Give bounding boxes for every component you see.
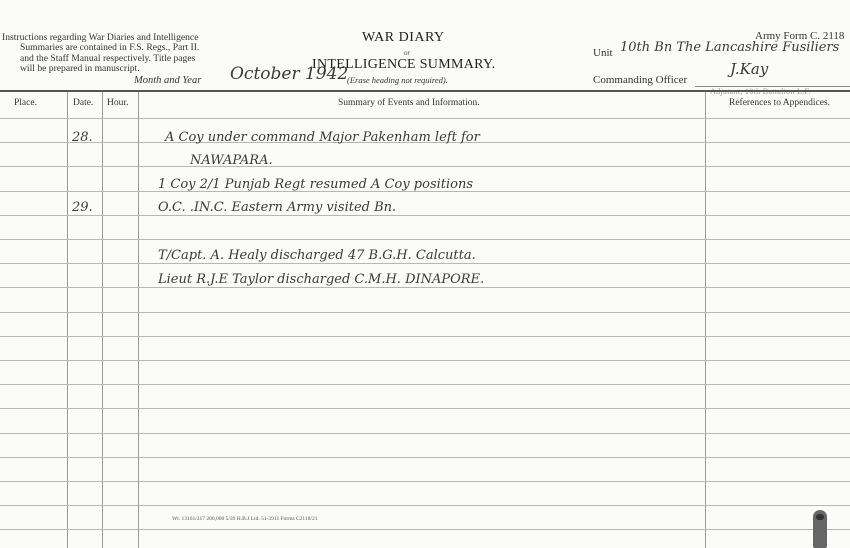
- entry-summary: NAWAPARA.: [190, 153, 273, 168]
- row-rule: [0, 408, 850, 409]
- row-rule: [0, 166, 850, 167]
- row-rule: [0, 529, 850, 530]
- row-rule: [0, 505, 850, 506]
- column-header-references: References to Appendices.: [729, 98, 830, 108]
- entry-date: 29.: [72, 200, 93, 215]
- row-rule: [0, 312, 850, 313]
- row-rule: [0, 433, 850, 434]
- row-rule: [0, 360, 850, 361]
- entry-summary: 1 Coy 2/1 Punjab Regt resumed A Coy posi…: [158, 177, 473, 192]
- row-rule: [0, 336, 850, 337]
- row-rule: [0, 239, 850, 240]
- erase-note: (Erase heading not required).: [347, 75, 448, 85]
- printer-imprint: Wt. 13161/317 200,000 5/39 H.B.J Ltd. 51…: [172, 516, 318, 522]
- entry-summary: T/Capt. A. Healy discharged 47 B.G.H. Ca…: [158, 248, 476, 263]
- month-year-label: Month and Year: [134, 75, 201, 86]
- row-rule: [0, 215, 850, 216]
- entry-summary: Lieut R.J.E Taylor discharged C.M.H. DIN…: [158, 272, 484, 287]
- row-rule: [0, 481, 850, 482]
- commanding-officer-label: Commanding Officer: [593, 74, 687, 86]
- entry-date: 28.: [72, 130, 93, 145]
- header-rule: [0, 90, 850, 92]
- unit-value: 10th Bn The Lancashire Fusiliers: [620, 40, 839, 55]
- column-header-place: Place.: [14, 98, 37, 108]
- month-year-value: October 1942: [230, 64, 348, 84]
- column-header-hour: Hour.: [107, 98, 128, 108]
- column-divider: [138, 92, 139, 548]
- binder-clip: [813, 510, 827, 548]
- column-divider: [705, 92, 706, 548]
- entry-summary: A Coy under command Major Pakenham left …: [165, 130, 480, 145]
- unit-label: Unit: [593, 47, 613, 59]
- commanding-officer-signature: J.Kay: [730, 60, 768, 78]
- instructions-block: Instructions regarding War Diaries and I…: [2, 33, 214, 75]
- column-header-date: Date.: [73, 98, 93, 108]
- column-header-summary: Summary of Events and Information.: [338, 98, 480, 108]
- row-rule: [0, 263, 850, 264]
- instructions-line: will be prepared in manuscript.: [2, 64, 214, 74]
- row-rule: [0, 457, 850, 458]
- title-war-diary: WAR DIARY: [362, 30, 445, 46]
- entry-summary: O.C. .IN.C. Eastern Army visited Bn.: [158, 200, 396, 215]
- column-divider: [102, 92, 103, 548]
- column-divider: [67, 92, 68, 548]
- row-rule: [0, 287, 850, 288]
- title-or: or: [404, 49, 410, 57]
- row-rule: [0, 118, 850, 119]
- row-rule: [0, 384, 850, 385]
